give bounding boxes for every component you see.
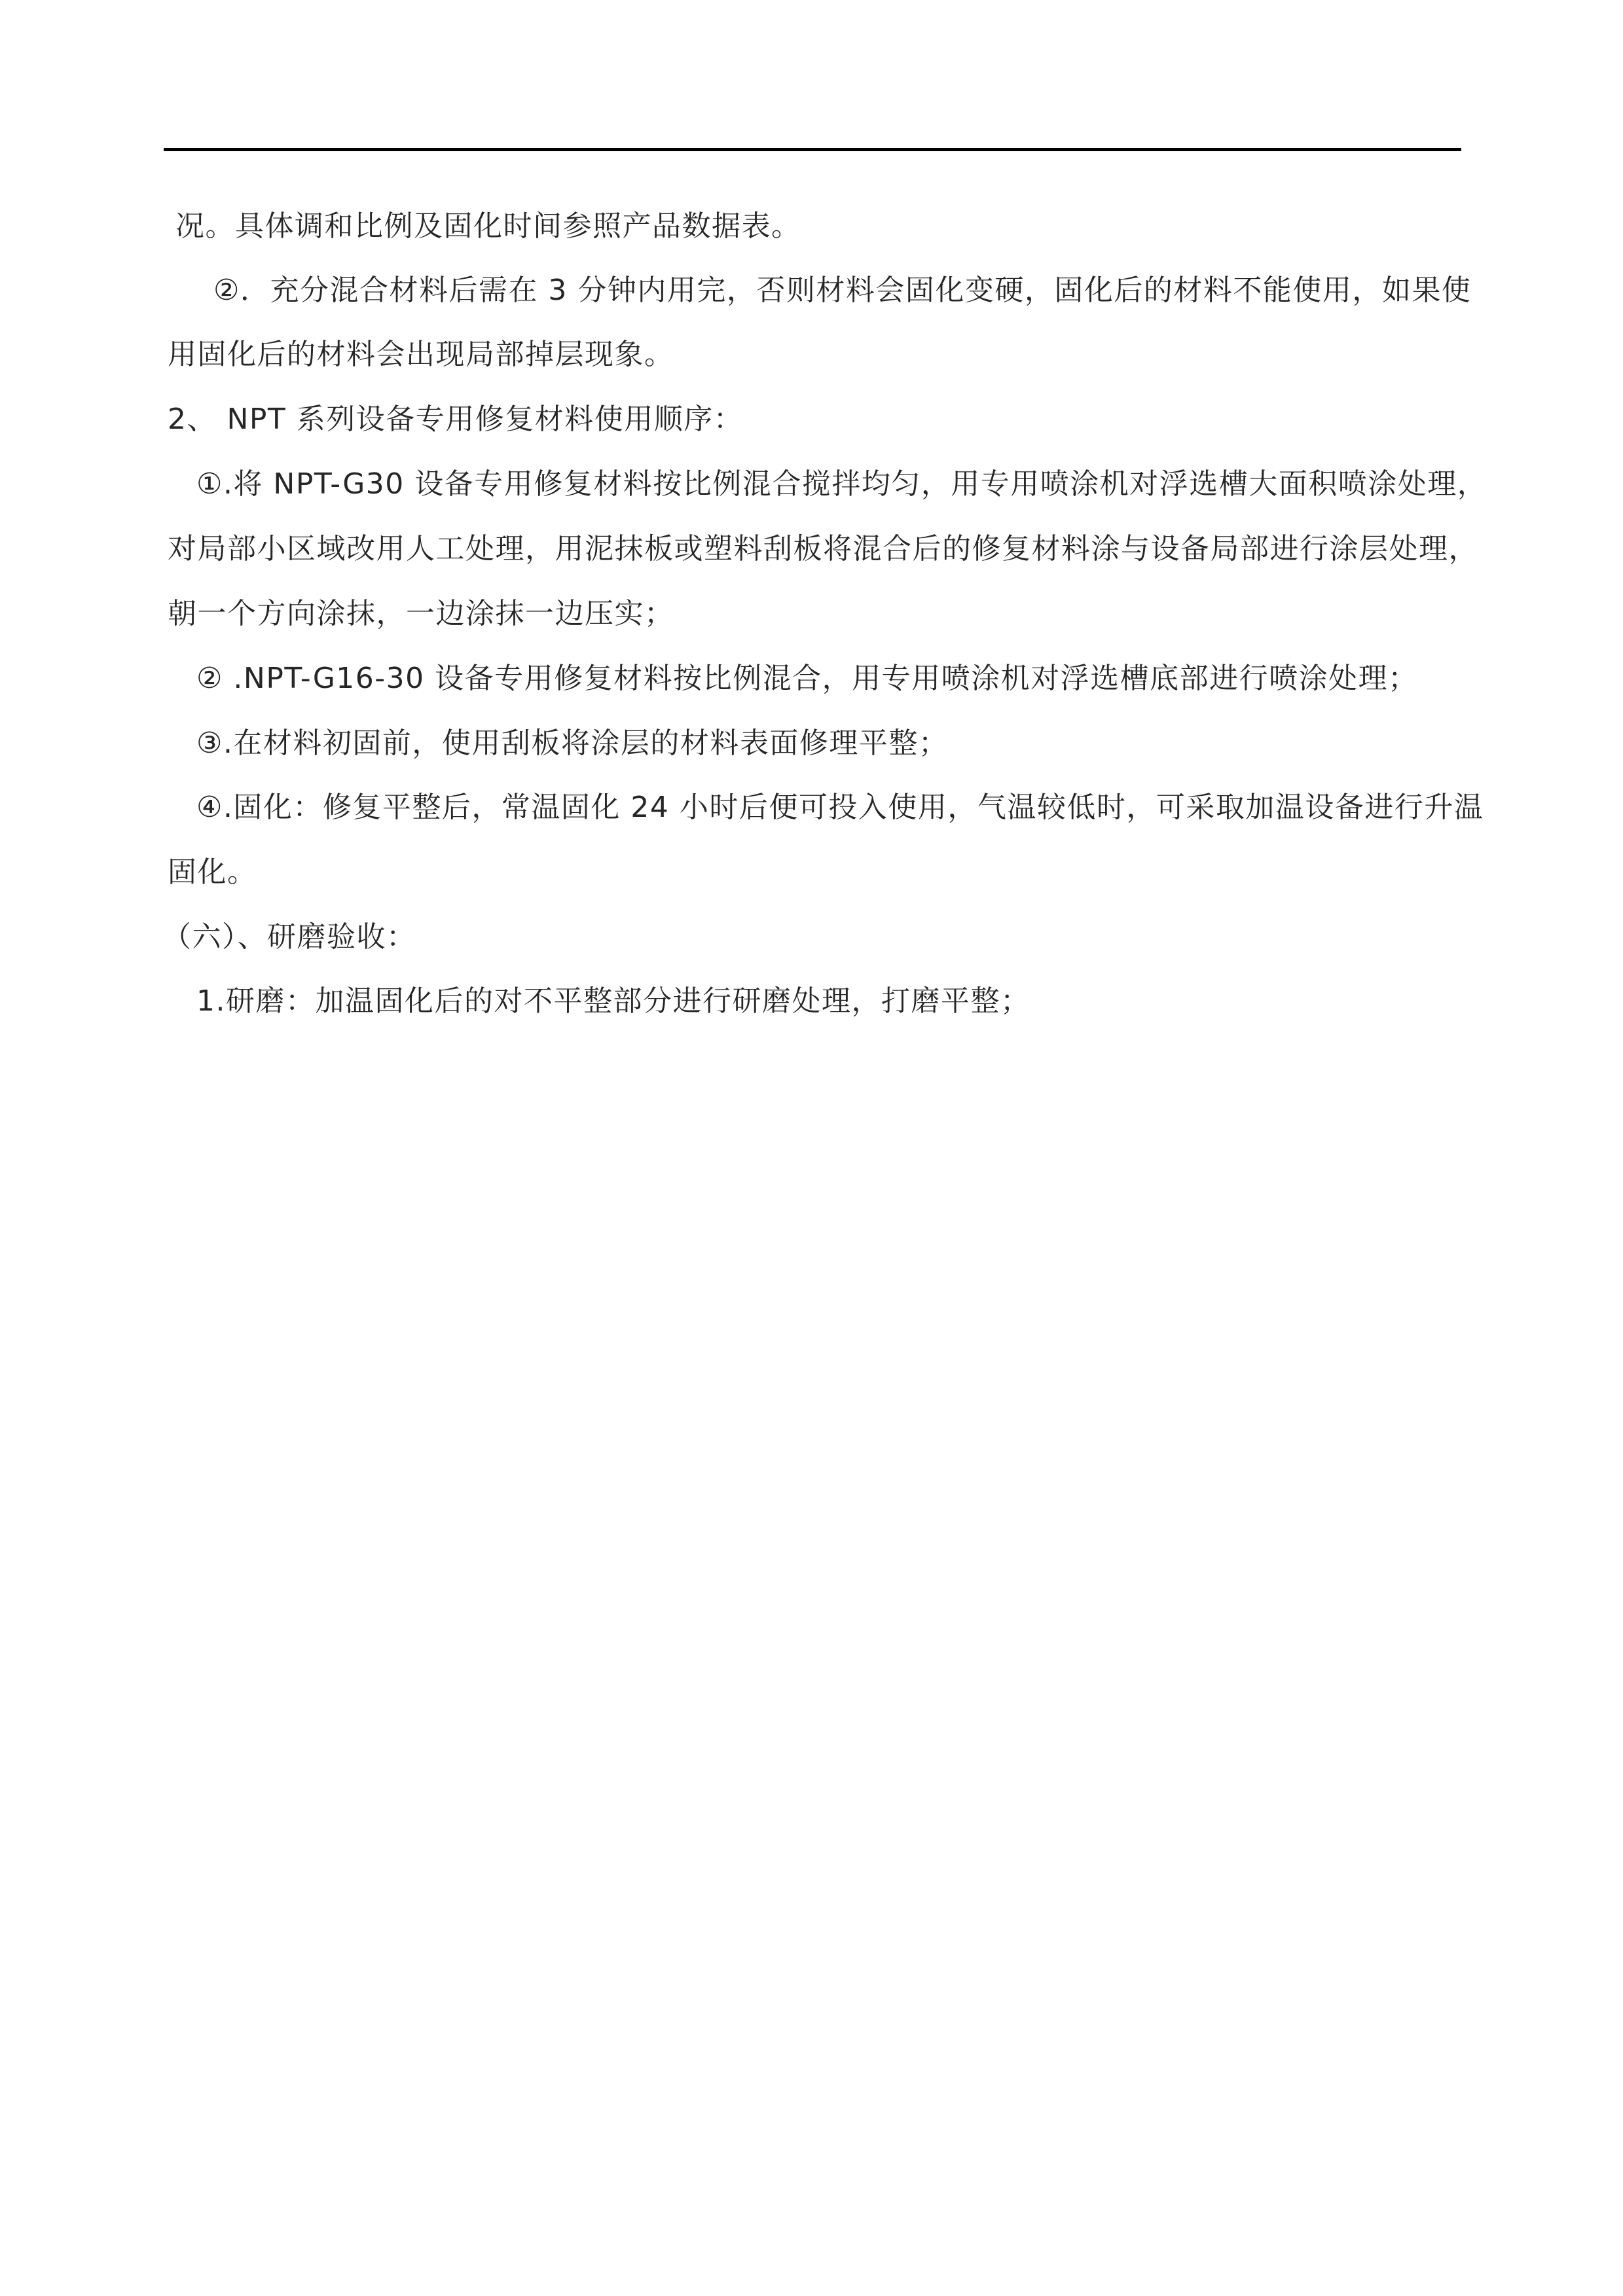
paragraph-line-continuation: 固化。 — [168, 854, 257, 891]
header-rule — [164, 148, 1461, 151]
list-item-step-3: ③.在材料初固前，使用刮板将涂层的材料表面修理平整； — [196, 725, 948, 762]
list-item-step-1: ①.将 NPT-G30 设备专用修复材料按比例混合搅拌均匀，用专用喷涂机对浮选槽… — [196, 466, 1455, 503]
section-heading-grinding-acceptance: （六）、研磨验收： — [162, 919, 416, 956]
paragraph-line-continuation: 朝一个方向涂抹，一边涂抹一边压实； — [168, 596, 674, 632]
document-page: 况。具体调和比例及固化时间参照产品数据表。 ②．充分混合材料后需在 3 分钟内用… — [0, 0, 1623, 2296]
paragraph-item-2-mixing: ②．充分混合材料后需在 3 分钟内用完，否则材料会固化变硬，固化后的材料不能使用… — [213, 272, 1455, 309]
paragraph-line-continuation: 用固化后的材料会出现局部掉层现象。 — [168, 336, 674, 373]
paragraph-line-continuation: 况。具体调和比例及固化时间参照产品数据表。 — [175, 208, 801, 245]
list-item-step-2: ② .NPT-G16-30 设备专用修复材料按比例混合，用专用喷涂机对浮选槽底部… — [196, 660, 1418, 697]
section-heading-npt-usage-order: 2、 NPT 系列设备专用修复材料使用顺序： — [168, 401, 743, 438]
paragraph-line-continuation: 对局部小区域改用人工处理，用泥抹板或塑料刮板将混合后的修复材料涂与设备局部进行涂… — [168, 531, 1467, 567]
list-item-step-4: ④.固化：修复平整后，常温固化 24 小时后便可投入使用，气温较低时，可采取加温… — [196, 789, 1464, 826]
list-item-grinding: 1.研磨：加温固化后的对不平整部分进行研磨处理，打磨平整； — [196, 983, 1030, 1020]
